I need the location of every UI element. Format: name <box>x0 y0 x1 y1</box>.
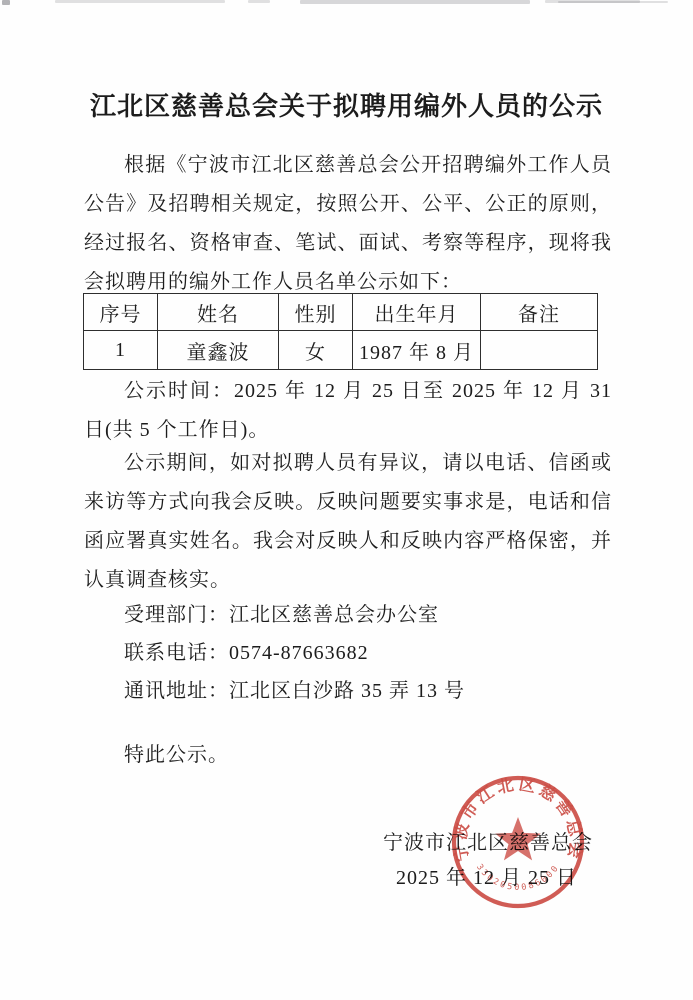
cell-birthdate: 1987 年 8 月 <box>353 331 481 370</box>
document-page: 江北区慈善总会关于拟聘用编外人员的公示 根据《宁波市江北区慈善总会公开招聘编外工… <box>0 0 693 1000</box>
table-header-cell: 姓名 <box>158 294 279 331</box>
scan-artifact <box>300 0 530 4</box>
contact-phone-line: 联系电话：0574-87663682 <box>84 640 612 666</box>
scan-artifact <box>558 1 668 3</box>
table-header-cell: 性别 <box>279 294 353 331</box>
table-header-cell: 出生年月 <box>353 294 481 331</box>
scan-artifact <box>55 0 225 3</box>
scan-artifact <box>248 0 270 3</box>
cell-index: 1 <box>84 331 158 370</box>
candidate-table: 序号 姓名 性别 出生年月 备注 1 童鑫波 女 1987 年 8 月 <box>83 293 598 370</box>
intro-paragraph: 根据《宁波市江北区慈善总会公开招聘编外工作人员公告》及招聘相关规定，按照公开、公… <box>84 146 612 302</box>
table-header-cell: 序号 <box>84 294 158 331</box>
table-header-cell: 备注 <box>481 294 598 331</box>
seal-star-icon <box>495 817 541 860</box>
table-row: 1 童鑫波 女 1987 年 8 月 <box>84 331 598 370</box>
svg-text:3302050086000: 3302050086000 <box>474 862 562 893</box>
cell-remark <box>481 331 598 370</box>
official-seal-stamp: 宁波市江北区慈善总会 3302050086000 <box>433 757 603 927</box>
objection-paragraph: 公示期间，如对拟聘人员有异议，请以电话、信函或来访等方式向我会反映。反映问题要实… <box>84 444 612 600</box>
mailing-address-line: 通讯地址：江北区白沙路 35 弄 13 号 <box>84 678 612 704</box>
seal-code-text: 3302050086000 <box>474 862 562 893</box>
scan-artifact <box>2 0 10 5</box>
page-title: 江北区慈善总会关于拟聘用编外人员的公示 <box>0 86 693 123</box>
cell-gender: 女 <box>279 331 353 370</box>
table-header-row: 序号 姓名 性别 出生年月 备注 <box>84 294 598 331</box>
cell-name: 童鑫波 <box>158 331 279 370</box>
publicity-period-paragraph: 公示时间：2025 年 12 月 25 日至 2025 年 12 月 31 日(… <box>84 372 612 450</box>
accepting-department-line: 受理部门：江北区慈善总会办公室 <box>84 602 612 628</box>
